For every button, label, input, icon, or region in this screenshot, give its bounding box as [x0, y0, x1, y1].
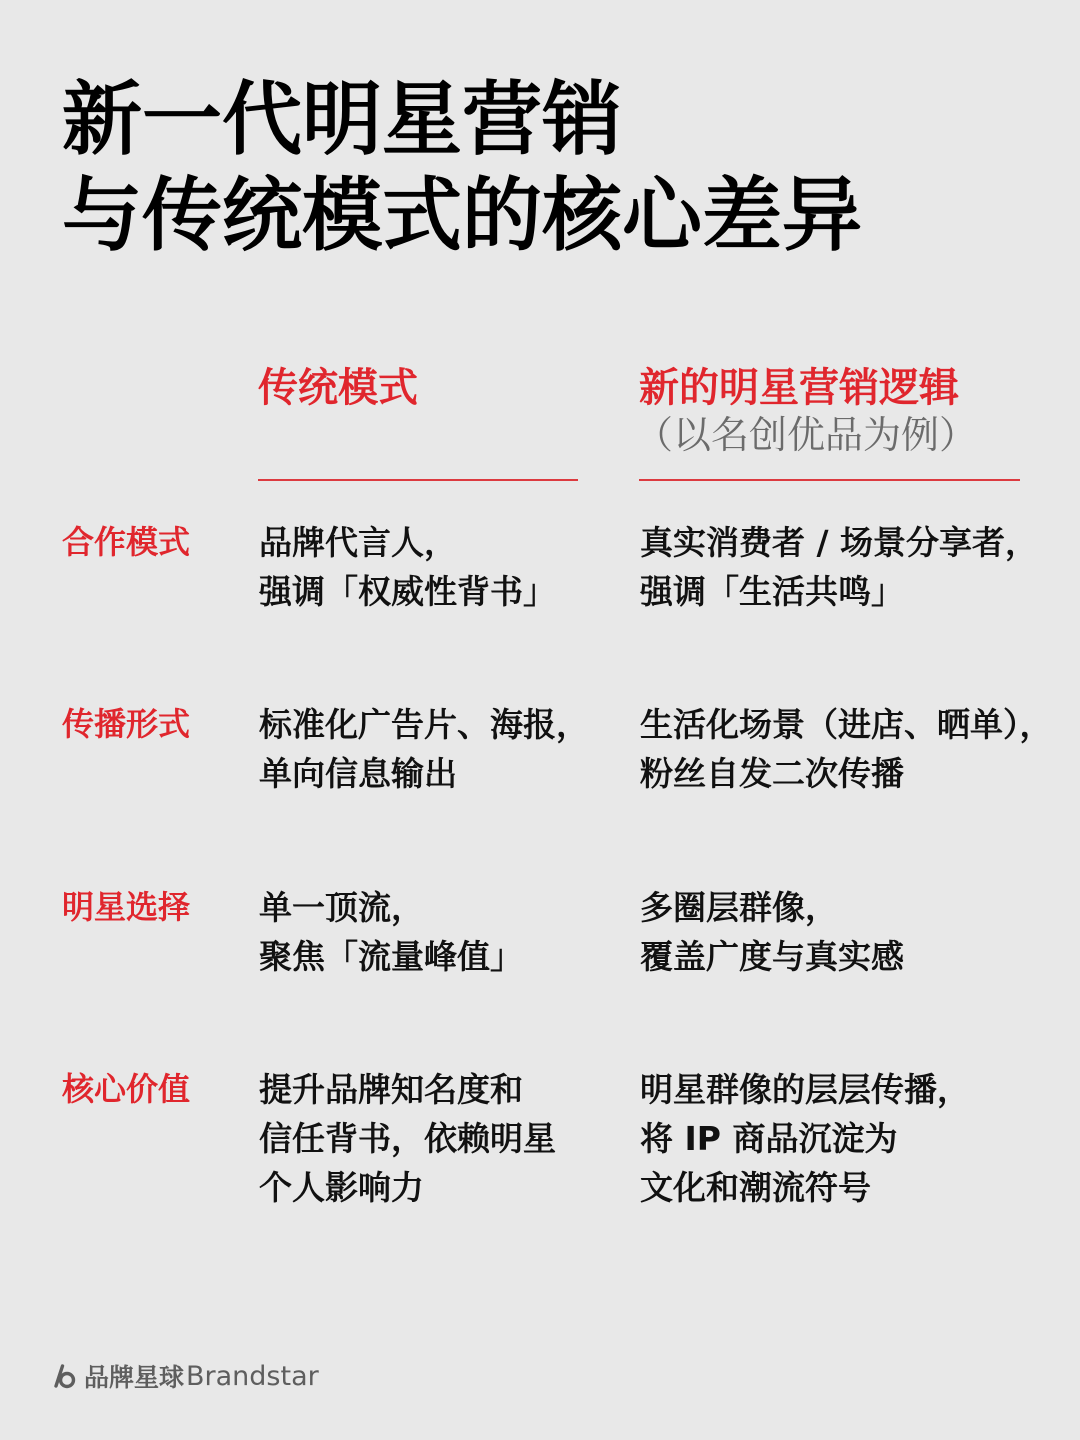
cell-line: 明星群像的层层传播， [640, 1065, 1060, 1114]
column-heading-traditional-label: 传统模式 [258, 365, 418, 411]
brand-name-en: Brandstar [186, 1361, 319, 1392]
row-label: 合作模式 [62, 518, 190, 567]
page-title: 新一代明星营销 与传统模式的核心差异 [62, 72, 862, 264]
cell-line: 品牌代言人， [259, 518, 599, 567]
cell-line: 文化和潮流符号 [640, 1163, 1060, 1212]
column-heading-new: 新的明星营销逻辑 （以名创优品为例） [639, 364, 977, 458]
cell-line: 粉丝自发二次传播 [640, 749, 1060, 798]
cell-line: 聚焦「流量峰值」 [259, 932, 599, 981]
cell-new: 多圈层群像， 覆盖广度与真实感 [640, 883, 1060, 981]
cell-line: 生活化场景（进店、晒单）， [640, 700, 1060, 749]
cell-line: 强调「权威性背书」 [259, 567, 599, 616]
row-label: 传播形式 [62, 700, 190, 749]
cell-line: 将 IP 商品沉淀为 [640, 1114, 1060, 1163]
cell-line: 真实消费者 / 场景分享者， [640, 518, 1060, 567]
cell-line: 单一顶流， [259, 883, 599, 932]
cell-new: 生活化场景（进店、晒单）， 粉丝自发二次传播 [640, 700, 1060, 798]
column-subheading-new: （以名创优品为例） [635, 412, 977, 458]
cell-line: 提升品牌知名度和 [259, 1065, 599, 1114]
cell-traditional: 提升品牌知名度和 信任背书，依赖明星 个人影响力 [259, 1065, 599, 1212]
column-heading-new-label: 新的明星营销逻辑 [639, 365, 959, 411]
row-label: 核心价值 [62, 1065, 190, 1114]
cell-line: 个人影响力 [259, 1163, 599, 1212]
brand-name-cn: 品牌星球 [84, 1358, 184, 1394]
column-divider-traditional [258, 479, 578, 481]
cell-traditional: 标准化广告片、海报， 单向信息输出 [259, 700, 599, 798]
cell-line: 覆盖广度与真实感 [640, 932, 1060, 981]
cell-traditional: 单一顶流， 聚焦「流量峰值」 [259, 883, 599, 981]
cell-new: 明星群像的层层传播， 将 IP 商品沉淀为 文化和潮流符号 [640, 1065, 1060, 1212]
title-line-2: 与传统模式的核心差异 [62, 168, 862, 264]
brandstar-logo-icon [52, 1362, 78, 1390]
cell-traditional: 品牌代言人， 强调「权威性背书」 [259, 518, 599, 616]
cell-line: 单向信息输出 [259, 749, 599, 798]
cell-line: 多圈层群像， [640, 883, 1060, 932]
cell-line: 标准化广告片、海报， [259, 700, 599, 749]
cell-new: 真实消费者 / 场景分享者， 强调「生活共鸣」 [640, 518, 1060, 616]
title-line-1: 新一代明星营销 [62, 72, 862, 168]
cell-line: 信任背书，依赖明星 [259, 1114, 599, 1163]
row-label: 明星选择 [62, 883, 190, 932]
column-heading-traditional: 传统模式 [258, 364, 418, 412]
cell-line: 强调「生活共鸣」 [640, 567, 1060, 616]
column-divider-new [639, 479, 1020, 481]
brand-footer: 品牌星球 Brandstar [52, 1358, 319, 1394]
